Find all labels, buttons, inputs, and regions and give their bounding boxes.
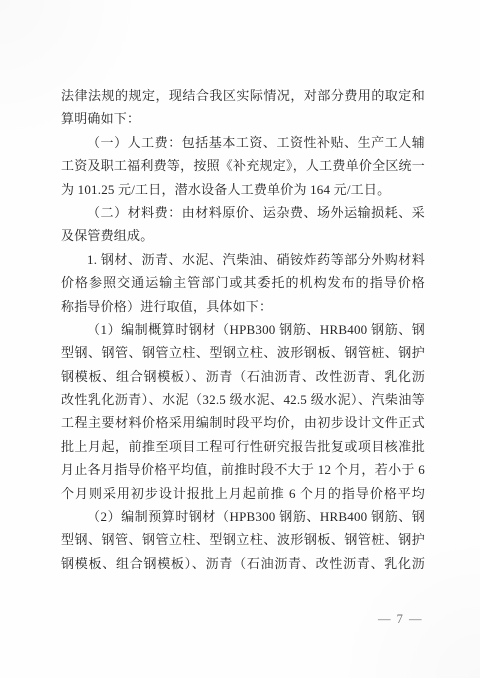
document-line: 及保管费组成。 — [61, 224, 425, 247]
document-line: 1. 钢材、沥青、水泥、汽柴油、硝铵炸药等部分外购材料 — [61, 248, 425, 271]
document-line: 为 101.25 元/工日，潜水设备人工费单价为 164 元/工日。 — [61, 178, 425, 201]
document-line: 钢模板、组合钢模板）、沥青（石油沥青、改性沥青、乳化沥青、 — [61, 365, 425, 388]
document-line: 个月则采用初步设计报批上月起前推 6 个月的指导价格平均值。 — [61, 482, 425, 505]
document-line: 工程主要材料价格采用编制时段平均价，由初步设计文件正式报 — [61, 411, 425, 434]
document-line: （2）编制预算时钢材（HPB300 钢筋、HRB400 钢筋、钢板、 — [61, 505, 425, 528]
document-line: （一）人工费：包括基本工资、工资性补贴、生产工人辅助 — [61, 131, 425, 154]
scanned-document-page: 法律法规的规定，现结合我区实际情况，对部分费用的取定和计 算明确如下： （一）人… — [0, 0, 480, 678]
document-line: （二）材料费：由材料原价、运杂费、场外运输损耗、采购 — [61, 201, 425, 224]
document-line: 算明确如下： — [61, 107, 425, 130]
document-line: 型钢、钢管、钢管立柱、型钢立柱、波形钢板、钢管桩、钢护筒、 — [61, 528, 425, 551]
document-line: 型钢、钢管、钢管立柱、型钢立柱、波形钢板、钢管桩、钢护筒、 — [61, 341, 425, 364]
document-line: （1）编制概算时钢材（HPB300 钢筋、HRB400 钢筋、钢板、 — [61, 318, 425, 341]
document-body: 法律法规的规定，现结合我区实际情况，对部分费用的取定和计 算明确如下： （一）人… — [61, 84, 425, 575]
page-number: — 7 — — [378, 612, 423, 627]
document-line: 称指导价格）进行取值，具体如下： — [61, 295, 425, 318]
document-line: 价格参照交通运输主管部门或其委托的机构发布的指导价格（下 — [61, 271, 425, 294]
document-line: 钢模板、组合钢模板）、沥青（石油沥青、改性沥青、乳化沥青、 — [61, 552, 425, 575]
document-line: 批上月起，前推至项目工程可行性研究报告批复或项目核准批复 — [61, 435, 425, 458]
document-line: 月止各月指导价格平均值，前推时段不大于 12 个月，若小于 6 — [61, 458, 425, 481]
document-line: 工资及职工福利费等，按照《补充规定》，人工费单价全区统一 — [61, 154, 425, 177]
document-line: 法律法规的规定，现结合我区实际情况，对部分费用的取定和计 — [61, 84, 425, 107]
document-line: 改性乳化沥青）、水泥（32.5 级水泥、42.5 级水泥）、汽柴油等 — [61, 388, 425, 411]
